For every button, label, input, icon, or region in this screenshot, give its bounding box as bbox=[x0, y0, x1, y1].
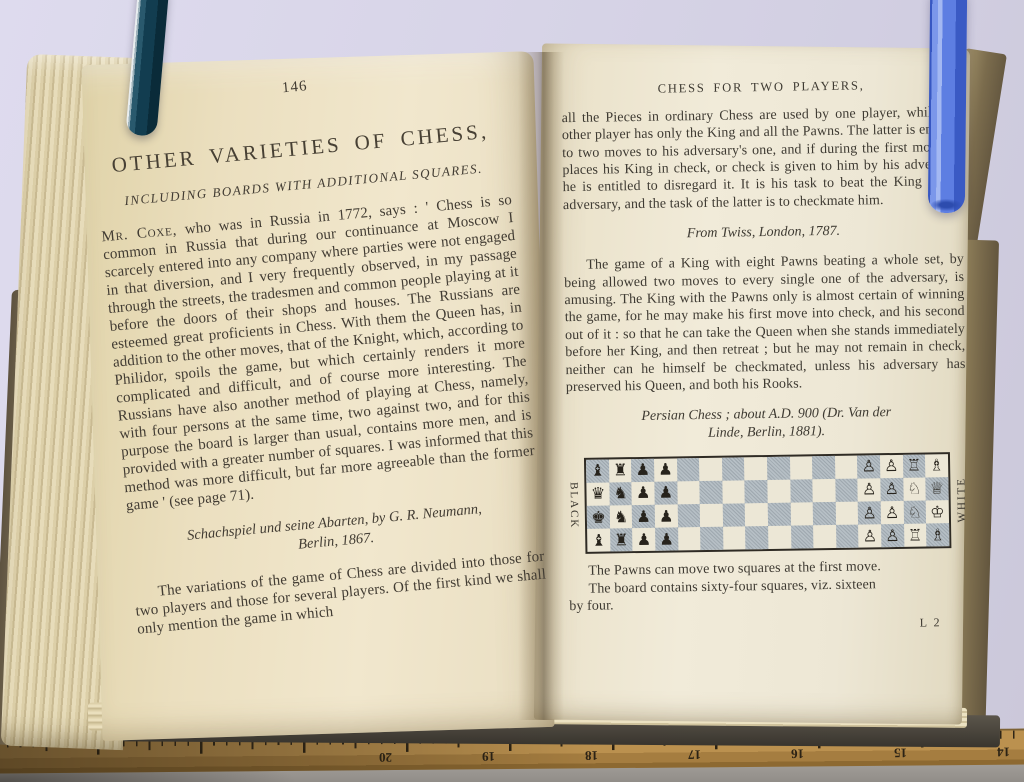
chess-piece-bB: ♝ bbox=[586, 459, 609, 483]
ruler-inch-number: 18 bbox=[585, 747, 598, 763]
chess-piece-bR: ♜ bbox=[609, 459, 632, 483]
chess-piece-wQ: ♕ bbox=[925, 477, 948, 501]
empty-square bbox=[813, 525, 836, 549]
empty-square bbox=[813, 479, 836, 503]
empty-square bbox=[745, 503, 768, 527]
chess-piece-bP: ♟ bbox=[633, 528, 656, 552]
ruler-inch-number: 17 bbox=[688, 746, 701, 762]
blue-pen bbox=[928, 0, 967, 213]
empty-square bbox=[768, 526, 791, 550]
left-page-content: 146 OTHER VARIETIES OF CHESS, INCLUDING … bbox=[88, 47, 557, 727]
empty-square bbox=[767, 479, 790, 503]
chess-piece-bP: ♟ bbox=[632, 482, 655, 506]
chess-piece-wK: ♔ bbox=[926, 500, 949, 524]
empty-square bbox=[677, 458, 700, 482]
ruler-inch-number: 15 bbox=[894, 745, 907, 761]
board-label-white: WHITE bbox=[955, 477, 968, 523]
chess-piece-wR: ♖ bbox=[904, 524, 927, 548]
empty-square bbox=[790, 456, 813, 480]
chess-board-16x4: ♝♜♟♟♙♙♖♗♛♞♟♟♙♙♘♕♚♞♟♟♙♙♘♔♝♜♟♟♙♙♖♗ bbox=[584, 452, 951, 554]
chess-piece-bP: ♟ bbox=[631, 458, 654, 482]
empty-square bbox=[835, 502, 858, 526]
empty-square bbox=[745, 480, 768, 504]
ruler-inch-number: 20 bbox=[379, 749, 392, 765]
chess-piece-wP: ♙ bbox=[858, 524, 881, 548]
running-header-text: CHESS FOR TWO PLAYERS, bbox=[658, 78, 865, 95]
chess-piece-bN: ♞ bbox=[609, 482, 632, 506]
ruler-inch-number: 14 bbox=[997, 744, 1010, 760]
empty-square bbox=[700, 527, 723, 551]
empty-square bbox=[722, 457, 745, 481]
empty-square bbox=[791, 525, 814, 549]
empty-square bbox=[677, 504, 700, 528]
chess-piece-wP: ♙ bbox=[880, 478, 903, 502]
empty-square bbox=[768, 503, 791, 527]
empty-square bbox=[699, 457, 722, 481]
empty-square bbox=[835, 455, 858, 479]
right-paragraph-3: The Pawns can move two squares at the fi… bbox=[569, 557, 970, 615]
chess-piece-wP: ♙ bbox=[880, 454, 903, 478]
right-paragraph-1: all the Pieces in ordinary Chess are use… bbox=[562, 104, 964, 214]
left-paragraph-1: Mr. Coxe, who was in Russia in 1772, say… bbox=[101, 191, 537, 515]
right-paragraph-2: The game of a King with eight Pawns beat… bbox=[564, 251, 966, 396]
photo-of-open-chess-book: 20191817161514 146 OTHER VARIETIES OF CH… bbox=[0, 0, 1024, 782]
empty-square bbox=[790, 502, 813, 526]
right-citation-2: Persian Chess ; about A.D. 900 (Dr. Van … bbox=[566, 403, 967, 446]
empty-square bbox=[767, 456, 790, 480]
chess-piece-bP: ♟ bbox=[655, 528, 678, 552]
chess-piece-wP: ♙ bbox=[858, 501, 881, 525]
chess-piece-wB: ♗ bbox=[925, 454, 948, 478]
empty-square bbox=[677, 481, 700, 505]
chess-piece-wP: ♙ bbox=[881, 501, 904, 525]
ruler-inch-number: 16 bbox=[791, 745, 804, 761]
empty-square bbox=[745, 526, 768, 550]
right-page-content: CHESS FOR TWO PLAYERS, 147 all the Piece… bbox=[561, 77, 971, 713]
empty-square bbox=[700, 504, 723, 528]
right-citation-1: From Twiss, London, 1787. bbox=[563, 221, 963, 245]
chess-piece-bN: ♞ bbox=[610, 505, 633, 529]
chess-piece-bP: ♟ bbox=[632, 505, 655, 529]
chess-piece-bP: ♟ bbox=[655, 504, 678, 528]
paragraph-body: who was in Russia in 1772, says : ' Ches… bbox=[102, 192, 535, 514]
chess-piece-bR: ♜ bbox=[610, 528, 633, 552]
chess-piece-wP: ♙ bbox=[858, 478, 881, 502]
persian-chess-diagram: BLACK ♝♜♟♟♙♙♖♗♛♞♟♟♙♙♘♕♚♞♟♟♙♙♘♔♝♜♟♟♙♙♖♗ W… bbox=[567, 451, 968, 554]
chess-piece-bQ: ♛ bbox=[587, 482, 610, 506]
empty-square bbox=[835, 478, 858, 502]
chess-piece-wB: ♗ bbox=[926, 523, 949, 547]
empty-square bbox=[790, 479, 813, 503]
chess-piece-bK: ♚ bbox=[587, 505, 610, 529]
empty-square bbox=[813, 502, 836, 526]
chess-piece-bP: ♟ bbox=[654, 481, 677, 505]
empty-square bbox=[836, 525, 859, 549]
chess-piece-wN: ♘ bbox=[903, 477, 926, 501]
chess-piece-wR: ♖ bbox=[903, 454, 926, 478]
board-label-black: BLACK bbox=[568, 482, 581, 529]
chess-piece-bP: ♟ bbox=[654, 458, 677, 482]
empty-square bbox=[700, 480, 723, 504]
chess-piece-wP: ♙ bbox=[881, 524, 904, 548]
empty-square bbox=[723, 503, 746, 527]
empty-square bbox=[723, 526, 746, 550]
empty-square bbox=[812, 456, 835, 480]
chess-piece-bB: ♝ bbox=[587, 529, 610, 553]
empty-square bbox=[678, 527, 701, 551]
chess-piece-wN: ♘ bbox=[903, 500, 926, 524]
chess-piece-wP: ♙ bbox=[857, 455, 880, 479]
signature-mark: L 2 bbox=[570, 615, 970, 636]
ruler-inch-number: 19 bbox=[482, 748, 495, 764]
empty-square bbox=[744, 457, 767, 481]
empty-square bbox=[722, 480, 745, 504]
